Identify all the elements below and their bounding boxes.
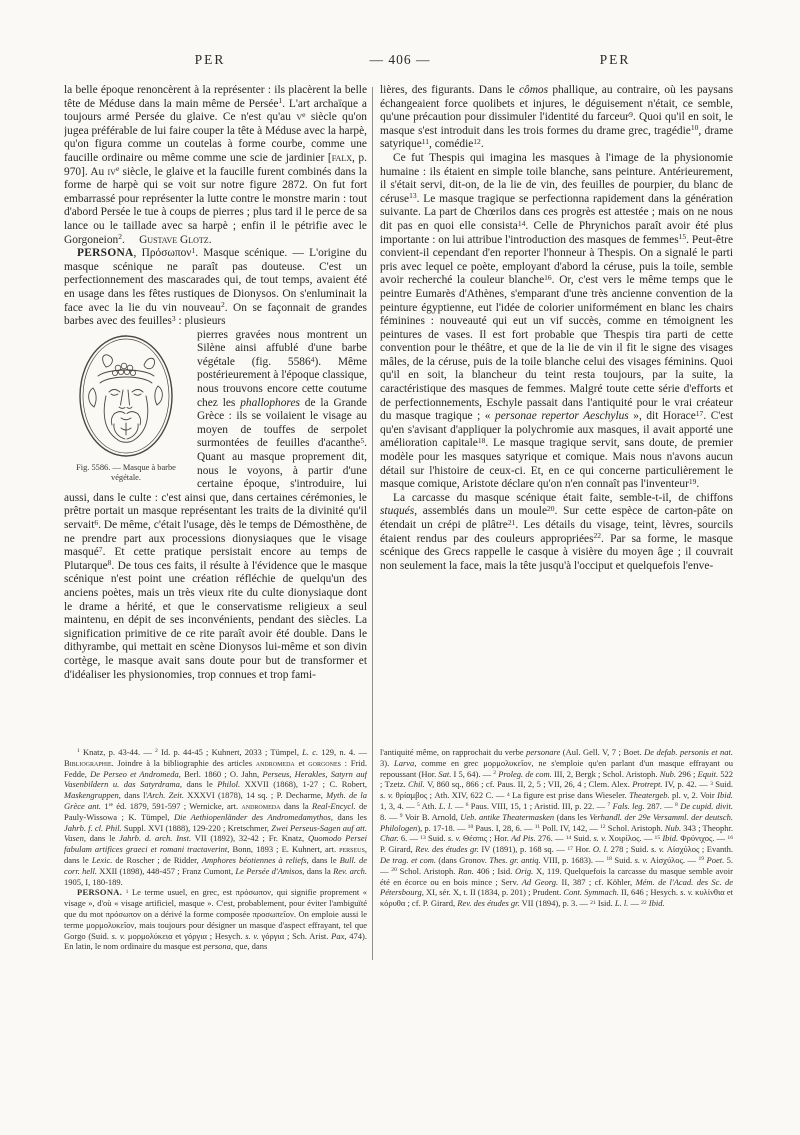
footnote-ref: 1 (191, 246, 195, 255)
footnote-ref: e (302, 110, 305, 119)
text-segment: Verhandl. der 29e Versamml. der deutsch.… (380, 812, 733, 833)
text-segment: s. v. (380, 790, 393, 800)
footnotes-column-right: l'antiquité même, on rapprochait du verb… (380, 747, 733, 965)
paragraph: lières, des figurants. Dans le cômos pha… (380, 84, 733, 152)
text-segment: Ad Georg. (522, 877, 558, 887)
page-number: — 406 — (340, 52, 460, 68)
footnote-ref: 8 (675, 802, 678, 808)
footnote-ref: re (109, 802, 113, 808)
footnote-ref: 7 (607, 802, 610, 808)
text-segment: s. v. (593, 833, 606, 843)
text-segment: phallophores (240, 397, 300, 409)
footnote-ref: 19 (689, 477, 697, 486)
text-segment: Theatergeb. (629, 790, 670, 800)
text-segment: Chil. (408, 779, 425, 789)
footnote-ref: 16 (544, 273, 552, 282)
footnote-ref: 4 (311, 355, 315, 364)
footnote-ref: 14 (518, 219, 526, 228)
footnote-ref: 3 (172, 314, 176, 323)
paragraph: La carcasse du masque scénique était fai… (380, 492, 733, 574)
text-segment: persona (204, 941, 231, 951)
text-segment: Rev. des études gr. (457, 898, 519, 908)
footnote-ref: 10 (468, 824, 474, 830)
text-segment: andromeda (256, 758, 295, 768)
text-segment: Larva (394, 758, 414, 768)
text-segment: personare (526, 747, 560, 757)
text-segment: Thes. gr. antiq. (489, 855, 540, 865)
footnote-ref: 4 (507, 792, 510, 798)
text-segment: perseus (339, 844, 365, 854)
text-segment: s. v. (680, 887, 693, 897)
footnote-ref: 14 (566, 835, 572, 841)
text-segment: Rev. des études gr. (415, 844, 479, 854)
text-segment: Ibid. (649, 898, 665, 908)
footnotes-column-left: 1 Knatz, p. 43-44. — 2 Id. p. 44-45 ; Ku… (64, 747, 367, 965)
footnote-ref: e (116, 164, 119, 173)
text-segment: s. v. (448, 833, 461, 843)
footnote-ref: 5 (417, 802, 420, 808)
running-title-right: PER (555, 52, 675, 68)
footnote-ref: 11 (535, 824, 540, 830)
footnote-ref: 18 (606, 856, 612, 862)
footnote-ref: 2 (221, 300, 225, 309)
footnote-ref: 1 (77, 748, 80, 754)
text-segment: Quomodo Persei fabulam artifices graeci … (64, 833, 367, 854)
text-segment: Orig. (515, 866, 533, 876)
text-segment: PERSONA. (77, 887, 122, 897)
text-segment: Nub. (660, 769, 676, 779)
footnote-ref: 13 (420, 835, 426, 841)
text-segment: Lexic. (92, 855, 113, 865)
text-segment: s. v. (651, 844, 664, 854)
text-segment: Cont. Symmach. (563, 887, 619, 897)
footnote-ref: 17 (567, 846, 573, 852)
footnote-ref: 17 (696, 409, 704, 418)
text-segment: Le Persée d'Amisos (235, 866, 302, 876)
figure-caption: Fig. 5586. — Masque à barbe végétale. (64, 463, 188, 484)
footnote-ref: 21 (508, 518, 516, 527)
text-segment: Ueb. antike Theatermasken (460, 812, 554, 822)
footnote-ref: 5 (360, 436, 364, 445)
text-segment: O. l. (593, 844, 608, 854)
footnote-ref: 20 (391, 867, 397, 873)
footnote-ref: 19 (698, 856, 704, 862)
footnote-ref: 2 (493, 770, 496, 776)
text-segment: Ran. (458, 866, 474, 876)
text-segment: L. c. (302, 747, 318, 757)
mask-figure: Fig. 5586. — Masque à barbe végétale. (64, 332, 188, 484)
text-segment: De defab. personis et nat. (644, 747, 733, 757)
footnote-ref: 15 (679, 232, 687, 241)
text-segment: s. v. (245, 931, 258, 941)
text-segment: gorgones (308, 758, 341, 768)
footnote-ref: 12 (600, 824, 606, 830)
footnote-ref: 1 (126, 889, 129, 895)
text-segment: De trag. et com. (380, 855, 436, 865)
text-segment: Equit. (698, 769, 719, 779)
footnote-ref: 22 (594, 531, 602, 540)
text-segment: Real-Encycl. (312, 801, 356, 811)
footnote-ref: 6 (94, 518, 98, 527)
text-segment: Sat. (438, 769, 451, 779)
paragraph: PERSONA. 1 Le terme usuel, en grec, est … (64, 887, 367, 952)
text-segment: Nub. (665, 823, 681, 833)
paragraph: 1 Knatz, p. 43-44. — 2 Id. p. 44-45 ; Ku… (64, 747, 367, 887)
text-segment: personae repertor Aeschylus (495, 410, 629, 422)
running-title-left: PER (150, 52, 270, 68)
text-segment: falx (332, 152, 352, 164)
text-segment: L. l. (439, 801, 453, 811)
text-segment: Maskengruppen (64, 790, 119, 800)
paragraph: l'antiquité même, on rapprochait du verb… (380, 747, 733, 909)
footnote-ref: 16 (727, 835, 733, 841)
text-segment: Char. (380, 833, 399, 843)
paragraph: PERSONA, Πρόσωπον1. Masque scénique. — L… (64, 247, 367, 329)
text-segment: Protrept. (632, 779, 662, 789)
footnote-ref: 18 (478, 436, 486, 445)
footnote-ref: 15 (655, 835, 661, 841)
text-segment: Ibid. (662, 833, 678, 843)
text-segment: Rev. arch. (333, 866, 367, 876)
text-segment: Philol. (217, 779, 240, 789)
main-text-column-right: lières, des figurants. Dans le cômos pha… (380, 84, 733, 747)
paragraph: la belle époque renoncèrent à la représe… (64, 84, 367, 247)
paragraph: Ce fut Thespis qui imagina les masques à… (380, 152, 733, 492)
text-segment: cômos (519, 84, 548, 96)
footnote-ref: 11 (422, 137, 429, 146)
paragraph: Fig. 5586. — Masque à barbe végétale. pi… (64, 329, 367, 682)
footnote-ref: 7 (99, 545, 103, 554)
text-segment: Arch. Zeit. (147, 790, 184, 800)
text-segment: L. l. (615, 898, 628, 908)
text-segment: s. v. (112, 931, 125, 941)
text-segment: Jahrb. f. cl. Phil. (64, 823, 122, 833)
footnote-ref: 22 (641, 900, 647, 906)
text-segment: Pax (331, 931, 344, 941)
text-segment: De Perseo et Andromeda (90, 769, 179, 779)
text-segment: Gustave Glotz. (139, 234, 211, 246)
footnote-ref: 2 (155, 748, 158, 754)
text-segment: s. v. (635, 855, 648, 865)
footnote-ref: 3 (710, 781, 713, 787)
footnote-ref: 10 (691, 123, 699, 132)
mask-engraving-illustration (73, 332, 179, 460)
text-segment: iv (108, 166, 116, 178)
text-segment: PERSONA (77, 247, 134, 259)
text-segment: Bibliographie (64, 758, 112, 768)
text-segment: Die Aethiopenländer des Andromedamythos (174, 812, 331, 822)
text-segment: andromeda (241, 801, 280, 811)
text-segment: stuqués (380, 505, 414, 517)
footnote-ref: 8 (108, 558, 112, 567)
column-divider-rule (372, 87, 373, 960)
footnote-ref: 9 (629, 110, 633, 119)
text-segment: Poet. (707, 855, 725, 865)
footnote-ref: 20 (547, 504, 555, 513)
text-segment: Ad Pis. (511, 833, 536, 843)
text-segment: Proleg. de com. (498, 769, 552, 779)
footnote-ref: 12 (473, 137, 481, 146)
footnote-ref: 13 (409, 191, 417, 200)
text-segment: Ibid. (717, 790, 733, 800)
text-segment: Amphores béotiennes à reliefs (202, 855, 307, 865)
footnote-ref: 1 (278, 96, 282, 105)
footnote-ref: 2 (118, 232, 122, 241)
text-segment: Jahrb. d. arch. Inst. (119, 833, 191, 843)
footnote-ref: 9 (400, 813, 403, 819)
footnote-ref: 6 (466, 802, 469, 808)
scanned-dictionary-page: PER — 406 — PER la belle époque renoncèr… (0, 0, 800, 1135)
footnote-ref: 21 (590, 900, 596, 906)
text-segment: De cupid. divit. (680, 801, 733, 811)
main-text-column-left: la belle époque renoncèrent à la représe… (64, 84, 367, 747)
text-segment: Fals. leg. (613, 801, 645, 811)
